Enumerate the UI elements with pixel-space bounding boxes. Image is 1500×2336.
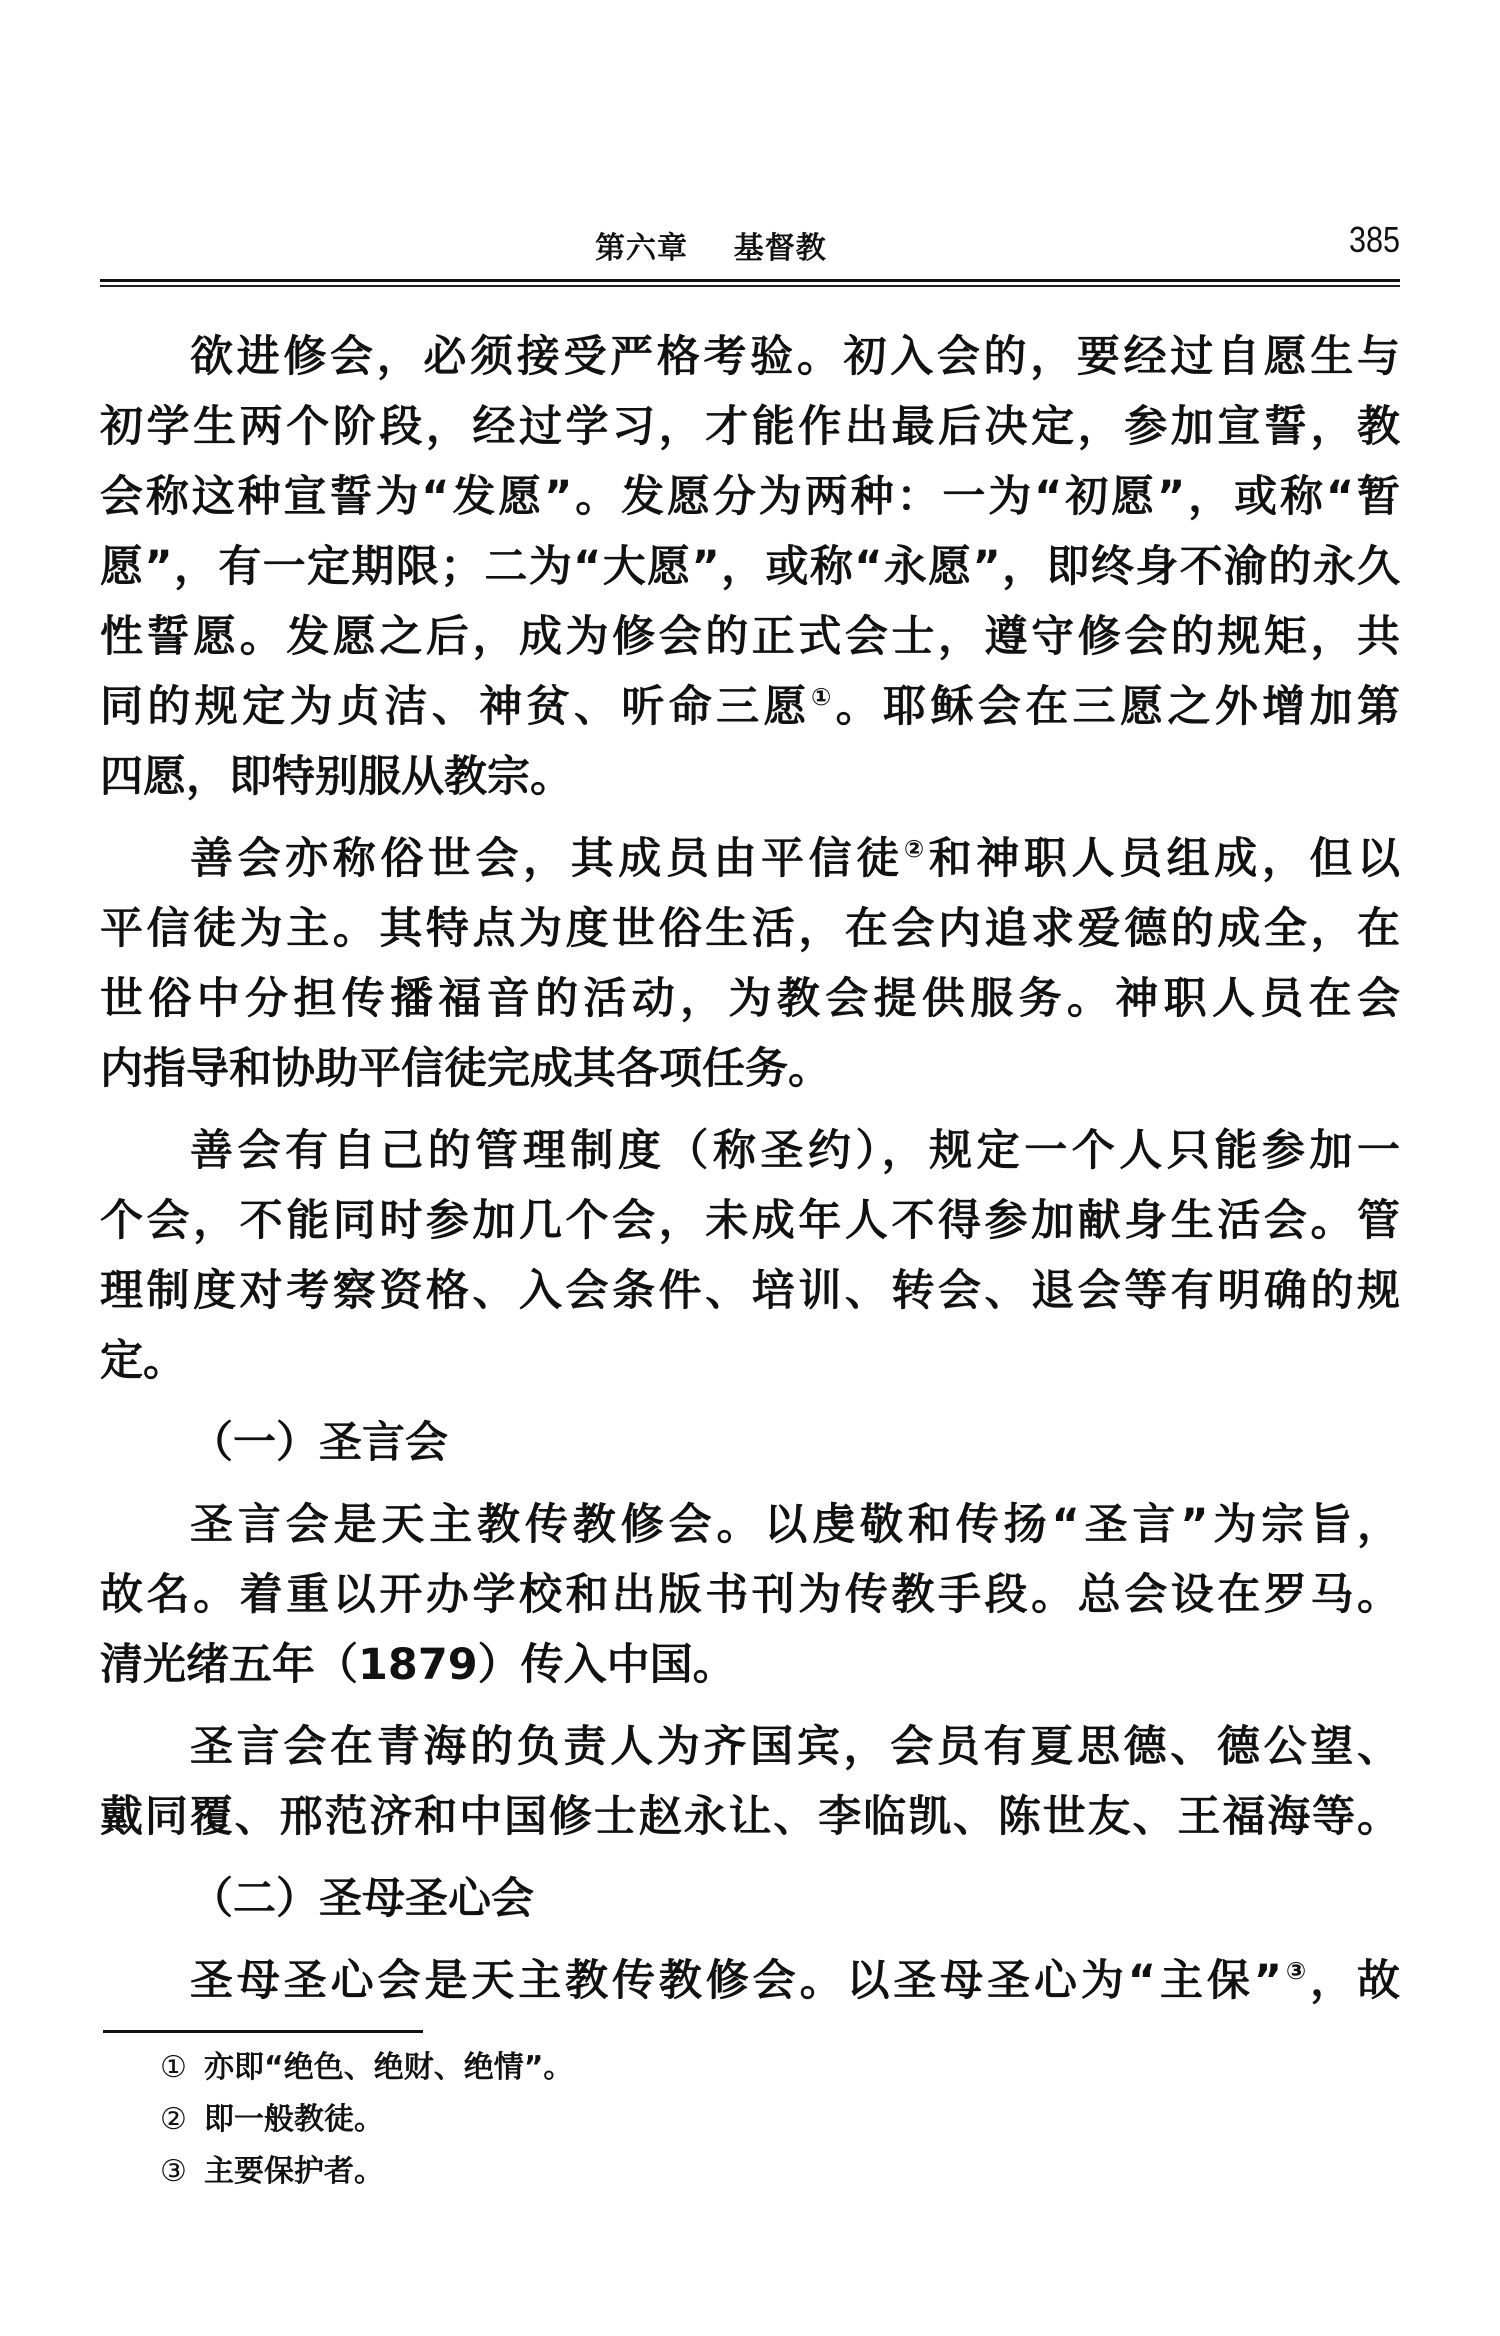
footnote-ref-3[interactable]: ③ xyxy=(1282,1957,1310,1985)
text-segment: ，故 xyxy=(1310,1956,1400,2006)
footnote-ref-1[interactable]: ① xyxy=(811,683,836,711)
text-segment: 圣母圣心会是天主教传教修会。以圣母圣心为“主保” xyxy=(190,1956,1282,2006)
footnote-text: 即一般教徒。 xyxy=(204,2102,384,2137)
body-text: 欲进修会，必须接受严格考验。初入会的，要经过自愿生与 初学生两个阶段，经过学习，… xyxy=(100,322,1400,2016)
text-line: 初学生两个阶段，经过学习，才能作出最后决定，参加宣誓，教 xyxy=(100,392,1400,462)
header-rule-thick xyxy=(100,279,1400,282)
page-header: 第六章 基督教 385 xyxy=(100,215,1400,275)
section-heading-2: （二）圣母圣心会 xyxy=(100,1864,1400,1934)
footnote-3: ③主要保护者。 xyxy=(160,2146,1060,2198)
text-segment: 和神职人员组成，但以 xyxy=(929,834,1400,884)
text-line: 欲进修会，必须接受严格考验。初入会的，要经过自愿生与 xyxy=(100,322,1400,392)
footnote-mark: ② xyxy=(160,2094,204,2146)
footnote-text: 主要保护者。 xyxy=(204,2154,384,2189)
text-line: 理制度对考察资格、入会条件、培训、转会、退会等有明确的规 xyxy=(100,1256,1400,1326)
text-line: 戴同覆、邢范济和中国修士赵永让、李临凯、陈世友、王福海等。 xyxy=(100,1782,1400,1852)
text-line: 故名。着重以开办学校和出版书刊为传教手段。总会设在罗马。 xyxy=(100,1560,1400,1630)
footnote-text: 亦即“绝色、绝财、绝情”。 xyxy=(204,2050,573,2085)
footnote-mark: ③ xyxy=(160,2146,204,2198)
footnotes: ①亦即“绝色、绝财、绝情”。 ②即一般教徒。 ③主要保护者。 xyxy=(160,2042,1060,2198)
footnote-2: ②即一般教徒。 xyxy=(160,2094,1060,2146)
text-line: 定。 xyxy=(100,1326,1400,1396)
text-line: 圣言会在青海的负责人为齐国宾，会员有夏思德、德公望、 xyxy=(100,1712,1400,1782)
footnote-rule xyxy=(103,2030,423,2033)
text-line: 同的规定为贞洁、神贫、听命三愿①。耶稣会在三愿之外增加第 xyxy=(100,672,1400,742)
text-line: 会称这种宣誓为“发愿”。发愿分为两种：一为“初愿”，或称“暂 xyxy=(100,462,1400,532)
footnote-mark: ① xyxy=(160,2042,204,2094)
text-line: 清光绪五年（1879）传入中国。 xyxy=(100,1630,1400,1700)
text-line: 圣言会是天主教传教修会。以虔敬和传扬“圣言”为宗旨， xyxy=(100,1490,1400,1560)
footnote-1: ①亦即“绝色、绝财、绝情”。 xyxy=(160,2042,1060,2094)
text-line: 世俗中分担传播福音的活动，为教会提供服务。神职人员在会 xyxy=(100,964,1400,1034)
section-heading-1: （一）圣言会 xyxy=(100,1408,1400,1478)
footnote-ref-2[interactable]: ② xyxy=(904,835,929,863)
running-title: 第六章 基督教 xyxy=(595,223,827,267)
text-segment: 。耶稣会在三愿之外增加第 xyxy=(836,682,1400,732)
text-line: 善会亦称俗世会，其成员由平信徒②和神职人员组成，但以 xyxy=(100,824,1400,894)
text-line: 平信徒为主。其特点为度世俗生活，在会内追求爱德的成全，在 xyxy=(100,894,1400,964)
text-line: 个会，不能同时参加几个会，未成年人不得参加献身生活会。管 xyxy=(100,1186,1400,1256)
text-segment: 善会亦称俗世会，其成员由平信徒 xyxy=(190,834,904,884)
text-line: 四愿，即特别服从教宗。 xyxy=(100,742,1400,812)
text-line: 善会有自己的管理制度（称圣约），规定一个人只能参加一 xyxy=(100,1116,1400,1186)
text-segment: 同的规定为贞洁、神贫、听命三愿 xyxy=(100,682,811,732)
text-line: 性誓愿。发愿之后，成为修会的正式会士，遵守修会的规矩，共 xyxy=(100,602,1400,672)
text-line: 圣母圣心会是天主教传教修会。以圣母圣心为“主保”③，故 xyxy=(100,1946,1400,2016)
header-rule-thin xyxy=(100,285,1400,287)
page-number: 385 xyxy=(1349,219,1400,261)
text-line: 愿”，有一定期限；二为“大愿”，或称“永愿”，即终身不渝的永久 xyxy=(100,532,1400,602)
text-line: 内指导和协助平信徒完成其各项任务。 xyxy=(100,1034,1400,1104)
